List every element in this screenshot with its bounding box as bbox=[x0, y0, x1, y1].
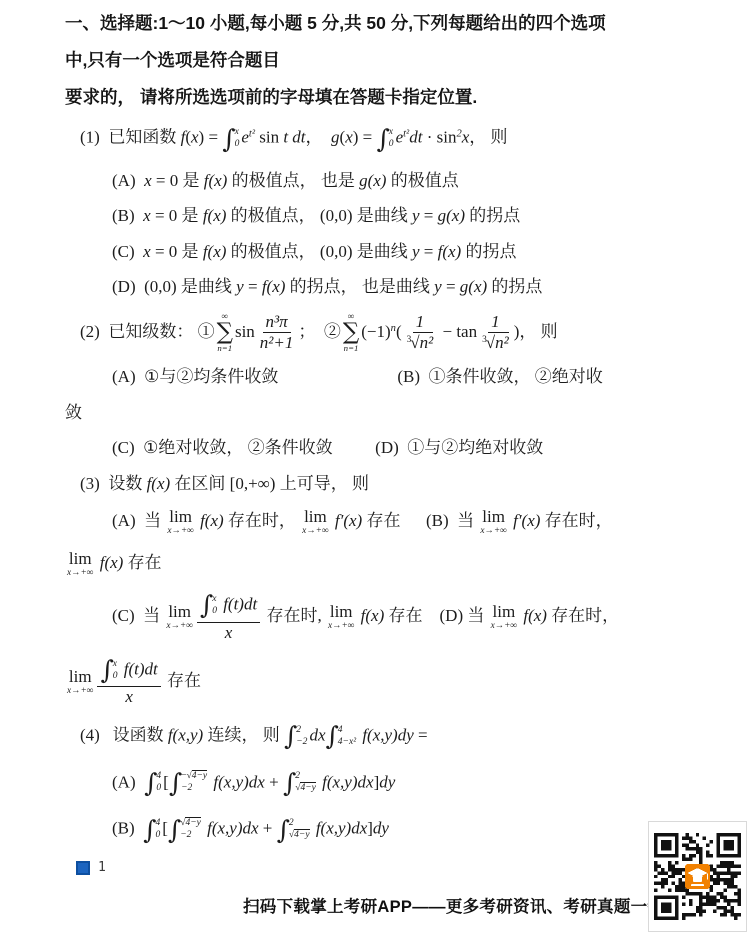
question-3-options-ab: (A) 当 limx→+∞ f(x) 存在时， limx→+∞ f′(x) 存在… bbox=[65, 508, 702, 536]
footer-promo-text: 扫码下载掌上考研APP——更多考研资讯、考研真题一键获取 bbox=[243, 893, 698, 917]
question-2-options-cd: (C) ①绝对收敛， ②条件收敛 (D) ①与②均绝对收敛 bbox=[65, 437, 702, 459]
question-4-option-b: (B) ∫40[∫√4−y−2 f(x,y)dx + ∫2√4−y f(x,y)… bbox=[65, 814, 702, 848]
page-number: 1 bbox=[76, 860, 106, 875]
qr-code bbox=[648, 821, 747, 932]
question-3-stem: (3) 设数 f(x) 在区间 [0,+∞) 上可导， 则 bbox=[65, 473, 702, 495]
header-line-3: 要求的， 请将所选选项前的字母填在答题卡指定位置. bbox=[65, 86, 702, 109]
page-number-label: 1 bbox=[98, 860, 106, 875]
question-4-stem: (4) 设函数 f(x,y) 连续， 则 ∫2−2dx∫44−x² f(x,y)… bbox=[65, 721, 702, 755]
question-2-options-ab: (A) ①与②均条件收敛 (B) ①条件收敛， ②绝对收 bbox=[65, 366, 702, 388]
question-3-option-b-continuation: limx→+∞ f(x) 存在 bbox=[65, 550, 702, 578]
question-1-stem: (1) 已知函数 f(x) = ∫x0et² sin t dt， g(x) = … bbox=[65, 123, 702, 157]
question-1-option-b: (B) x = 0 是 f(x) 的极值点， (0,0) 是曲线 y = g(x… bbox=[65, 205, 702, 227]
question-1-option-a: (A) x = 0 是 f(x) 的极值点， 也是 g(x) 的极值点 bbox=[65, 170, 702, 192]
header-line-2: 中,只有一个选项是符合题目 bbox=[65, 49, 702, 72]
question-3-options-cd: (C) 当 limx→+∞∫x0 f(t)dtx 存在时, limx→+∞ f(… bbox=[65, 591, 702, 643]
question-3-option-d-continuation: limx→+∞∫x0 f(t)dtx 存在 bbox=[65, 656, 702, 708]
exam-page: 一、选择题:1～10 小题,每小题 5 分,共 50 分,下列每题给出的四个选项… bbox=[0, 0, 750, 935]
header-line-1: 一、选择题:1～10 小题,每小题 5 分,共 50 分,下列每题给出的四个选项 bbox=[65, 12, 702, 35]
question-2-stem: (2) 已知级数： ①∞∑n=1sinn³πn²+1； ②∞∑n=1(−1)n(… bbox=[65, 312, 702, 354]
qr-code-image bbox=[654, 833, 741, 920]
question-1-option-c: (C) x = 0 是 f(x) 的极值点， (0,0) 是曲线 y = f(x… bbox=[65, 241, 702, 263]
question-2-option-b-continuation: 敛 bbox=[65, 402, 702, 424]
page-marker-icon bbox=[76, 861, 90, 875]
question-4-option-a: (A) ∫40[∫−√4−y−2 f(x,y)dx + ∫2√4−y f(x,y… bbox=[65, 768, 702, 802]
document-body: 一、选择题:1～10 小题,每小题 5 分,共 50 分,下列每题给出的四个选项… bbox=[65, 12, 702, 861]
question-1-option-d: (D) (0,0) 是曲线 y = f(x) 的拐点， 也是曲线 y = g(x… bbox=[65, 276, 702, 298]
